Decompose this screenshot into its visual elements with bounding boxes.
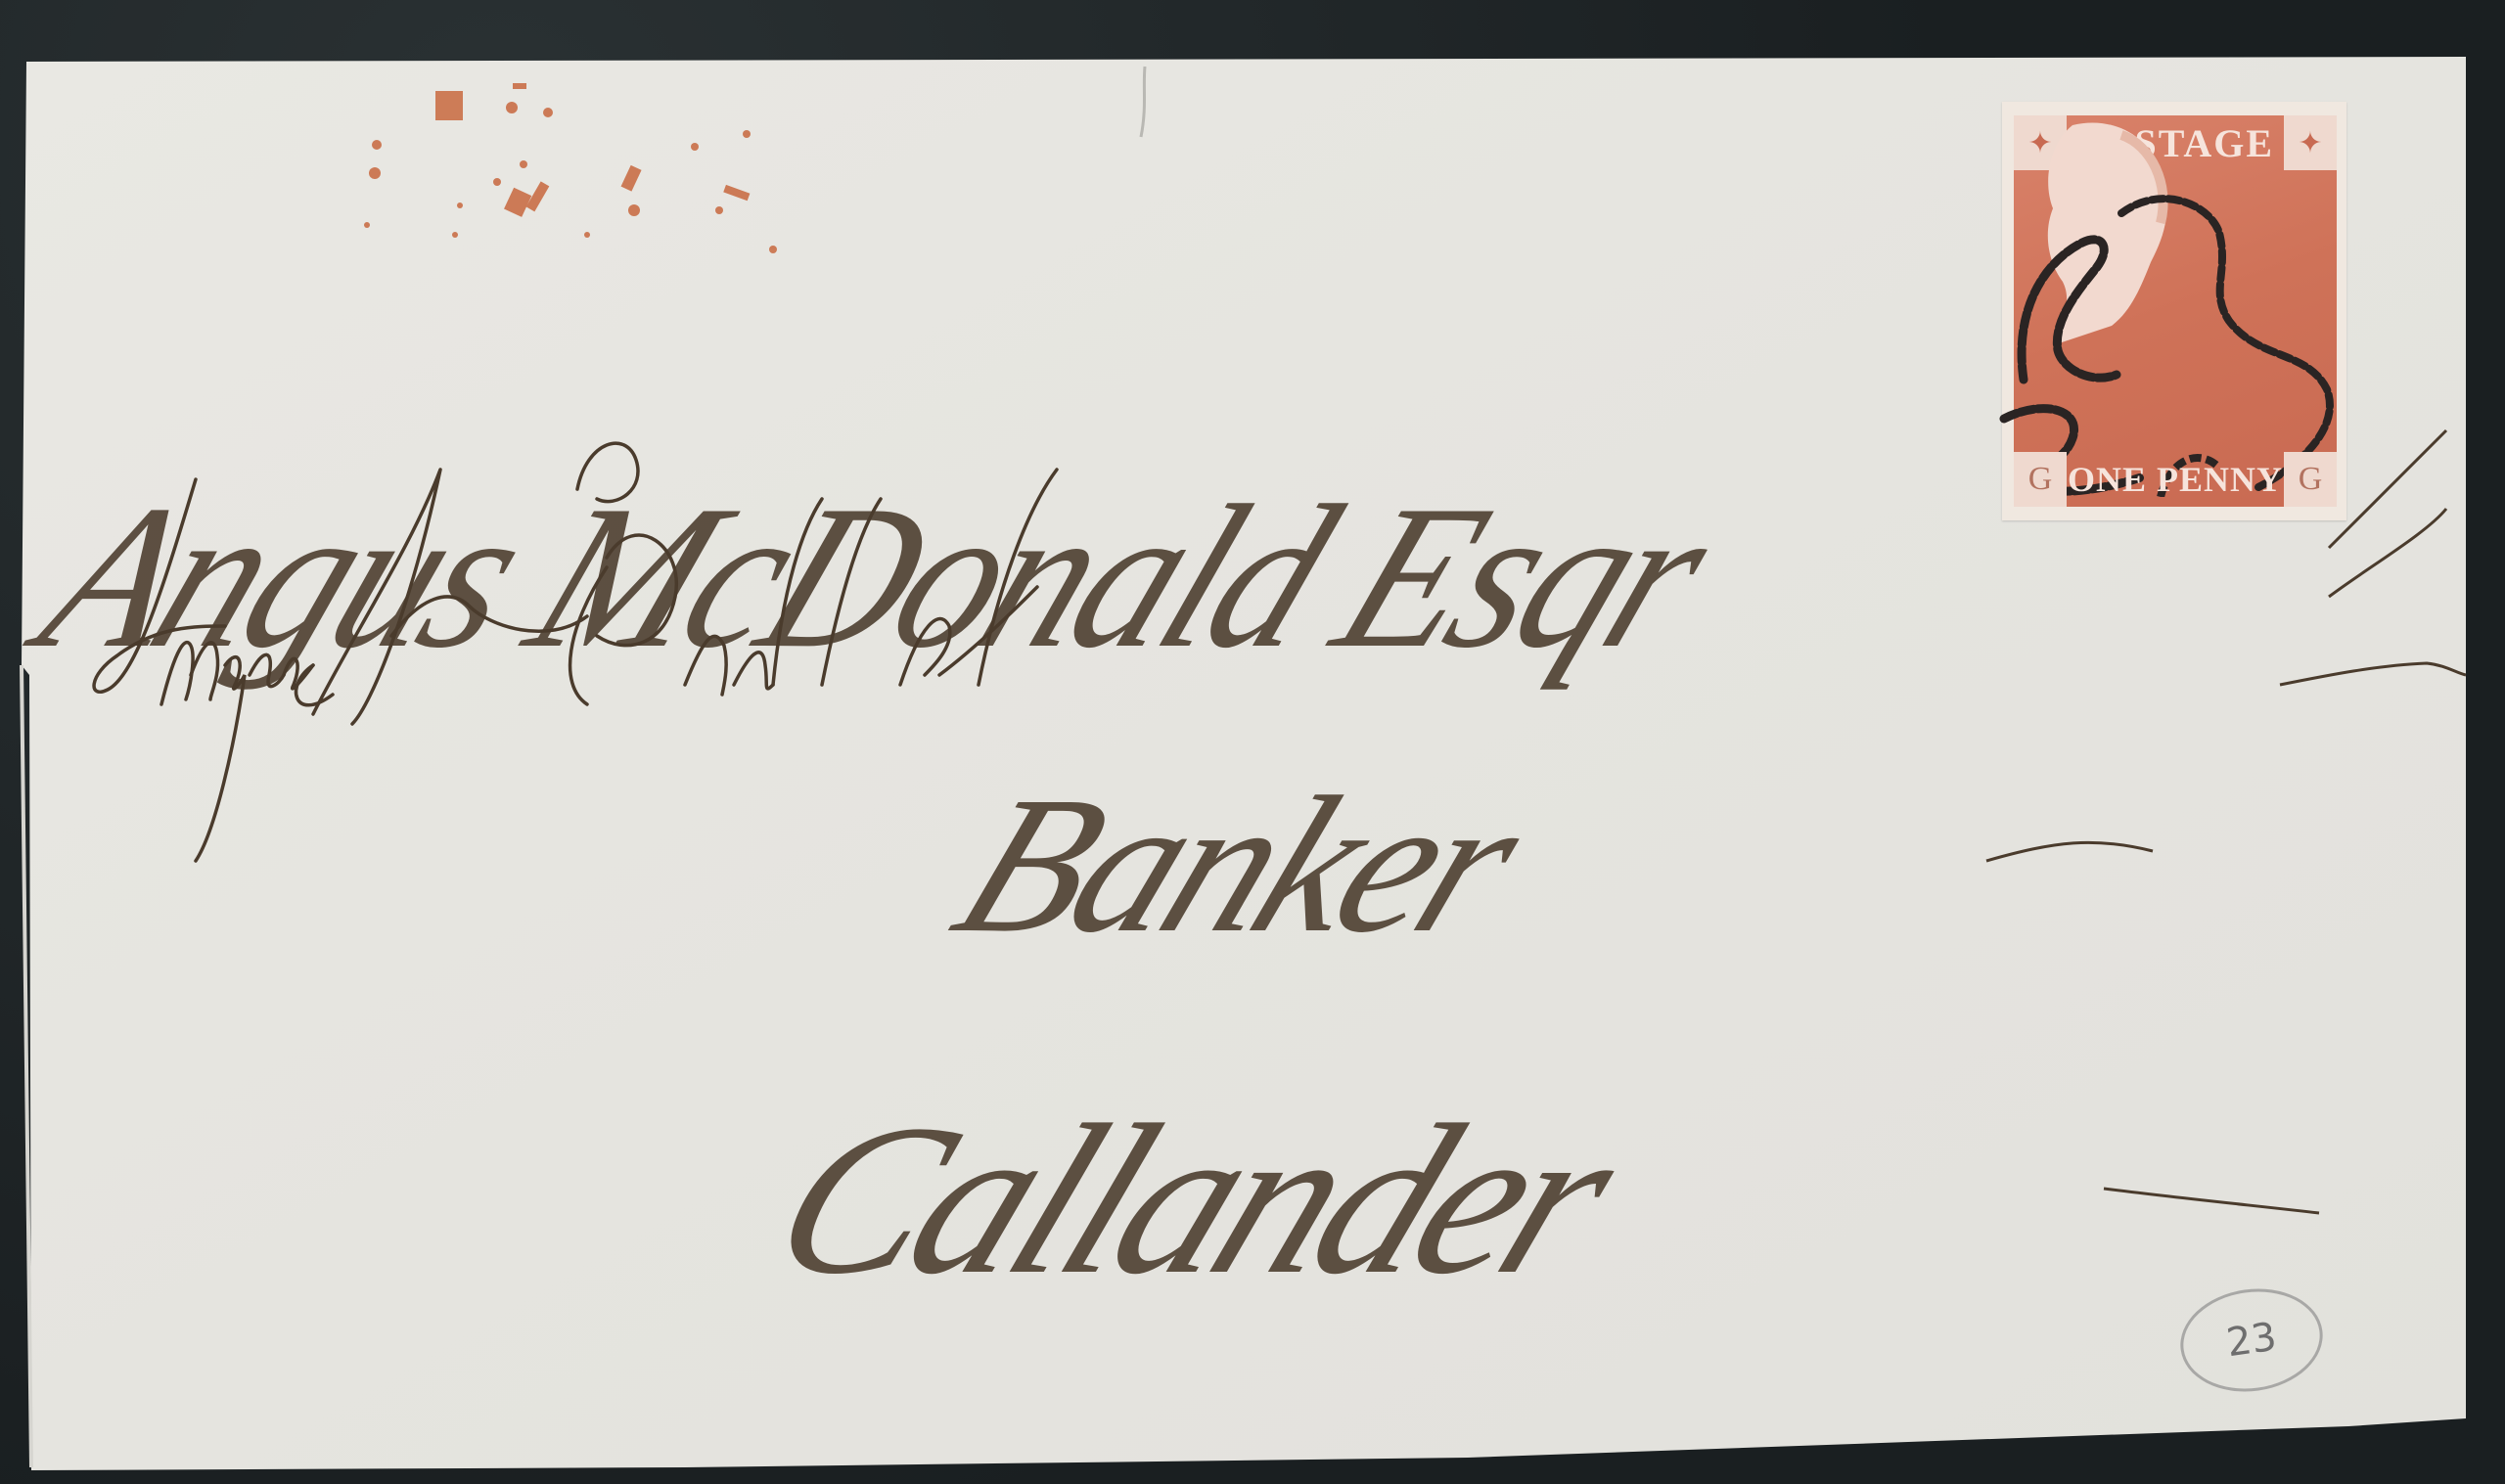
star-ornament-icon: ✦ — [2284, 115, 2337, 170]
cancellation-mark — [1984, 174, 2356, 497]
penny-red-stamp: ✦ POSTAGE ✦ G ONE PENNY G — [2002, 102, 2346, 520]
postal-cover: Angus McDonald Esqr Banker Callander ✦ P… — [0, 0, 2505, 1484]
stamp-bottom-band: G ONE PENNY G — [2014, 452, 2337, 507]
stamp-corner-letter-left: G — [2014, 452, 2067, 507]
stamp-value-label: ONE PENNY — [2068, 459, 2283, 500]
stamp-design: ✦ POSTAGE ✦ G ONE PENNY G — [2014, 115, 2337, 507]
stamp-corner-letter-right: G — [2284, 452, 2337, 507]
